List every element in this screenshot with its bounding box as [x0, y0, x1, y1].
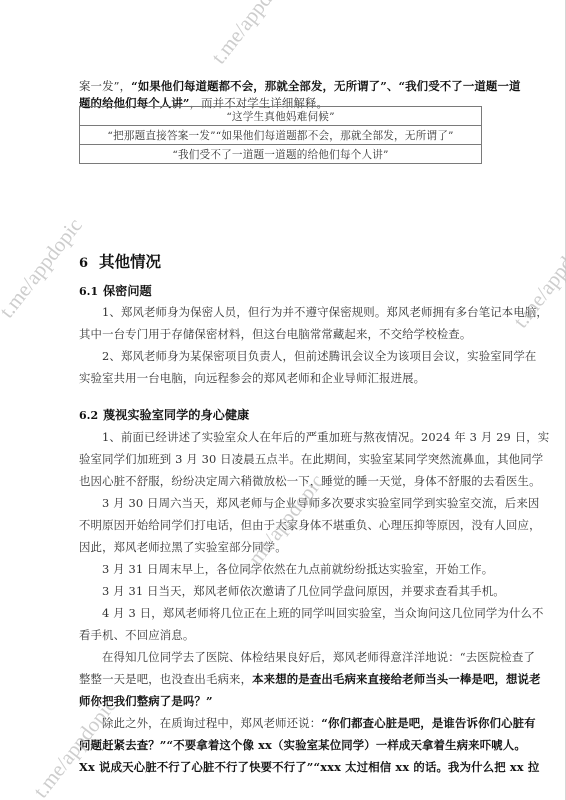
watermark: t.me/appdopic: [0, 213, 88, 323]
table-cell: “我们受不了一道题一道题的给他们每个人讲”: [80, 145, 482, 164]
paragraph-text: 整整一天是吧，也没查出毛病来，: [79, 672, 252, 686]
quote-table: “这学生真他妈难伺候” “把那题直接答案一发”“如果他们每道题都不会，那就全部发…: [79, 106, 482, 164]
paragraph-line: 4 月 3 日，郑风老师将几位正在上班的同学叫回实验室，当众询问这几位同学为什么…: [102, 606, 483, 620]
paragraph-line: 2、郑风老师身为某保密项目负责人，但前述腾讯会议全为该项目会议，实验室同学在: [102, 349, 483, 363]
paragraph-line: 1、郑风老师身为保密人员，但行为并不遵守保密规则。郑风老师拥有多台笔记本电脑，: [102, 305, 483, 319]
intro-line-1: 案一发”，“如果他们每道题都不会，那就全部发，无所谓了”、“我们受不了一道题一道: [79, 79, 483, 93]
paragraph-line: 在得知几位同学去了医院、体检结果良好后，郑风老师得意洋洋地说：“去医院检查了: [102, 650, 483, 664]
paragraph-line: 3 月 31 日周末早上，各位同学依然在九点前就纷纷抵达实验室，开始工作。: [102, 562, 483, 576]
paragraph-line: 3 月 30 日周六当天，郑风老师与企业导师多次要求实验室同学到实验室交流，后来…: [102, 496, 483, 510]
paragraph-line: 问题赶紧去查？”“不要拿着这个像 xx（实验室某位同学）一样成天拿着生病来吓唬人…: [79, 738, 483, 752]
paragraph-text: 除此之外，在质询过程中，郑风老师还说：: [102, 716, 321, 730]
subsection-number: 6.2: [79, 409, 103, 422]
paragraph-line: 除此之外，在质询过程中，郑风老师还说：“你们都查心脏是吧，是谁告诉你们心脏有: [102, 716, 483, 730]
paragraph-line: 验室同学们加班到 3 月 30 日凌晨五点半。在此期间，实验室某同学突然流鼻血，…: [79, 452, 483, 466]
paragraph-text: 在得知几位同学去了医院、体检结果良好后，郑风老师得意洋洋地说：“去医院检查了: [102, 650, 535, 664]
quote-bold: “你们都查心脏是吧，是谁告诉你们心脏有: [321, 716, 535, 730]
paragraph-line: 也因心脏不舒服，纷纷决定周六稍微放松一下，睡觉的睡一天觉，身体不舒服的去看医生。: [79, 474, 483, 488]
subsection-heading: 6.2蔑视实验室同学的身心健康: [79, 406, 249, 423]
quote-bold: 说成天心脏不行了心脏不行了快要不行了”“xxx 太过相信 xx 的话。我为什么把…: [95, 760, 539, 774]
quote-bold: “不要拿着这个像 xx（实验室某位同学）一样成天拿着生病来吓唬人。: [167, 738, 526, 752]
section-title: 其他情况: [99, 252, 161, 271]
paragraph-line: 师你把我们整病了是吗？”: [79, 694, 483, 708]
table-cell: “把那题直接答案一发”“如果他们每道题都不会，那就全部发，无所谓了”: [80, 126, 482, 145]
paragraph-line: 1、前面已经讲述了实验室众人在年后的严重加班与熬夜情况。2024 年 3 月 2…: [102, 430, 483, 444]
subsection-title: 蔑视实验室同学的身心健康: [103, 408, 249, 422]
paragraph-line: 3 月 31 日当天，郑风老师依次邀请了几位同学盘问原因，并要求查看其手机。: [102, 584, 483, 598]
paragraph-line: 不明原因开始给同学们打电话，但由于大家身体不堪重负、心理压抑等原因，没有人回应，: [79, 518, 483, 532]
paragraph-line: 看手机、不回应消息。: [79, 628, 483, 642]
watermark: t.me/appdopic: [206, 0, 299, 69]
section-number: 6: [79, 256, 99, 271]
paragraph-line: 因此，郑风老师拉黑了实验室部分同学。: [79, 540, 483, 554]
table-cell: “这学生真他妈难伺候”: [80, 107, 482, 126]
intro-text-plain: 案一发”，: [79, 79, 131, 93]
quote-bold: 师你把我们整病了是吗？”: [79, 694, 213, 708]
subsection-title: 保密问题: [103, 284, 152, 298]
subsection-number: 6.1: [79, 285, 103, 298]
table-row: “把那题直接答案一发”“如果他们每道题都不会，那就全部发，无所谓了”: [80, 126, 482, 145]
quote-bold: 本来想的是查出毛病来直接给老师当头一棒是吧，想说老: [252, 672, 541, 686]
quote-bold: Xx: [79, 760, 95, 774]
paragraph-line: 实验室共用一台电脑，向远程参会的郑风老师和企业导师汇报进展。: [79, 371, 483, 385]
table-row: “我们受不了一道题一道题的给他们每个人讲”: [80, 145, 482, 164]
paragraph-line: 其中一台专门用于存储保密材料，但这台电脑常常藏起来，不交给学校检查。: [79, 327, 483, 341]
quote-bold: 问题赶紧去查？”: [79, 738, 167, 752]
subsection-heading: 6.1保密问题: [79, 282, 152, 299]
intro-quote-bold: “如果他们每道题都不会，那就全部发，无所谓了”、“我们受不了一道题一道: [131, 79, 520, 93]
table-row: “这学生真他妈难伺候”: [80, 107, 482, 126]
paragraph-line: Xx 说成天心脏不行了心脏不行了快要不行了”“xxx 太过相信 xx 的话。我为…: [79, 760, 483, 774]
section-heading: 6其他情况: [79, 250, 161, 272]
paragraph-line: 整整一天是吧，也没查出毛病来，本来想的是查出毛病来直接给老师当头一棒是吧，想说老: [79, 672, 483, 686]
